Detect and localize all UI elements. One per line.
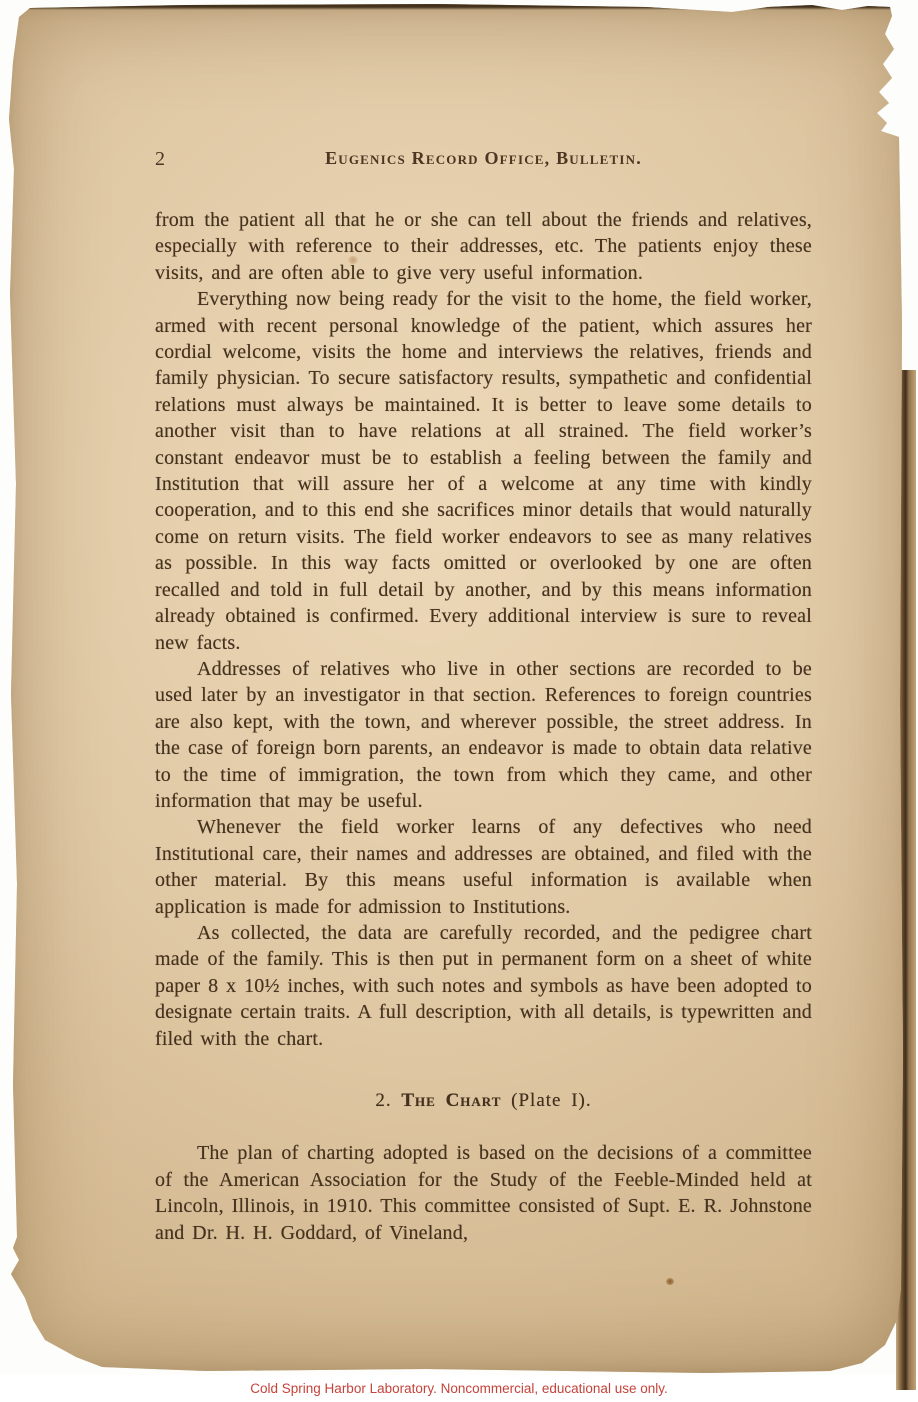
running-title: Eugenics Record Office, Bulletin. (155, 148, 812, 169)
section-heading: 2. The Chart (Plate I). (155, 1088, 812, 1114)
page-header: 2 Eugenics Record Office, Bulletin. (155, 148, 812, 172)
paragraph: As collected, the data are carefully rec… (155, 920, 812, 1052)
section-title: The Chart (401, 1090, 501, 1111)
paragraph: Whenever the field worker learns of any … (155, 814, 812, 920)
book-page: 2 Eugenics Record Office, Bulletin. from… (6, 4, 912, 1375)
page-number: 2 (155, 148, 165, 171)
paragraph-continuation: from the patient all that he or she can … (155, 207, 812, 286)
scan-footer: Cold Spring Harbor Laboratory. Noncommer… (0, 1375, 918, 1402)
credit-line: Cold Spring Harbor Laboratory. Noncommer… (250, 1381, 667, 1396)
stain-spot (666, 1278, 674, 1285)
section-plate: (Plate I). (511, 1090, 591, 1111)
scanned-page-image: 2 Eugenics Record Office, Bulletin. from… (0, 0, 918, 1402)
paragraph: The plan of charting adopted is based on… (155, 1140, 812, 1246)
paragraph: Addresses of relatives who live in other… (155, 656, 812, 814)
body-text: from the patient all that he or she can … (155, 207, 812, 1246)
section-number: 2. (375, 1090, 391, 1111)
paragraph: Everything now being ready for the visit… (155, 286, 812, 656)
stain-spot (348, 256, 358, 264)
